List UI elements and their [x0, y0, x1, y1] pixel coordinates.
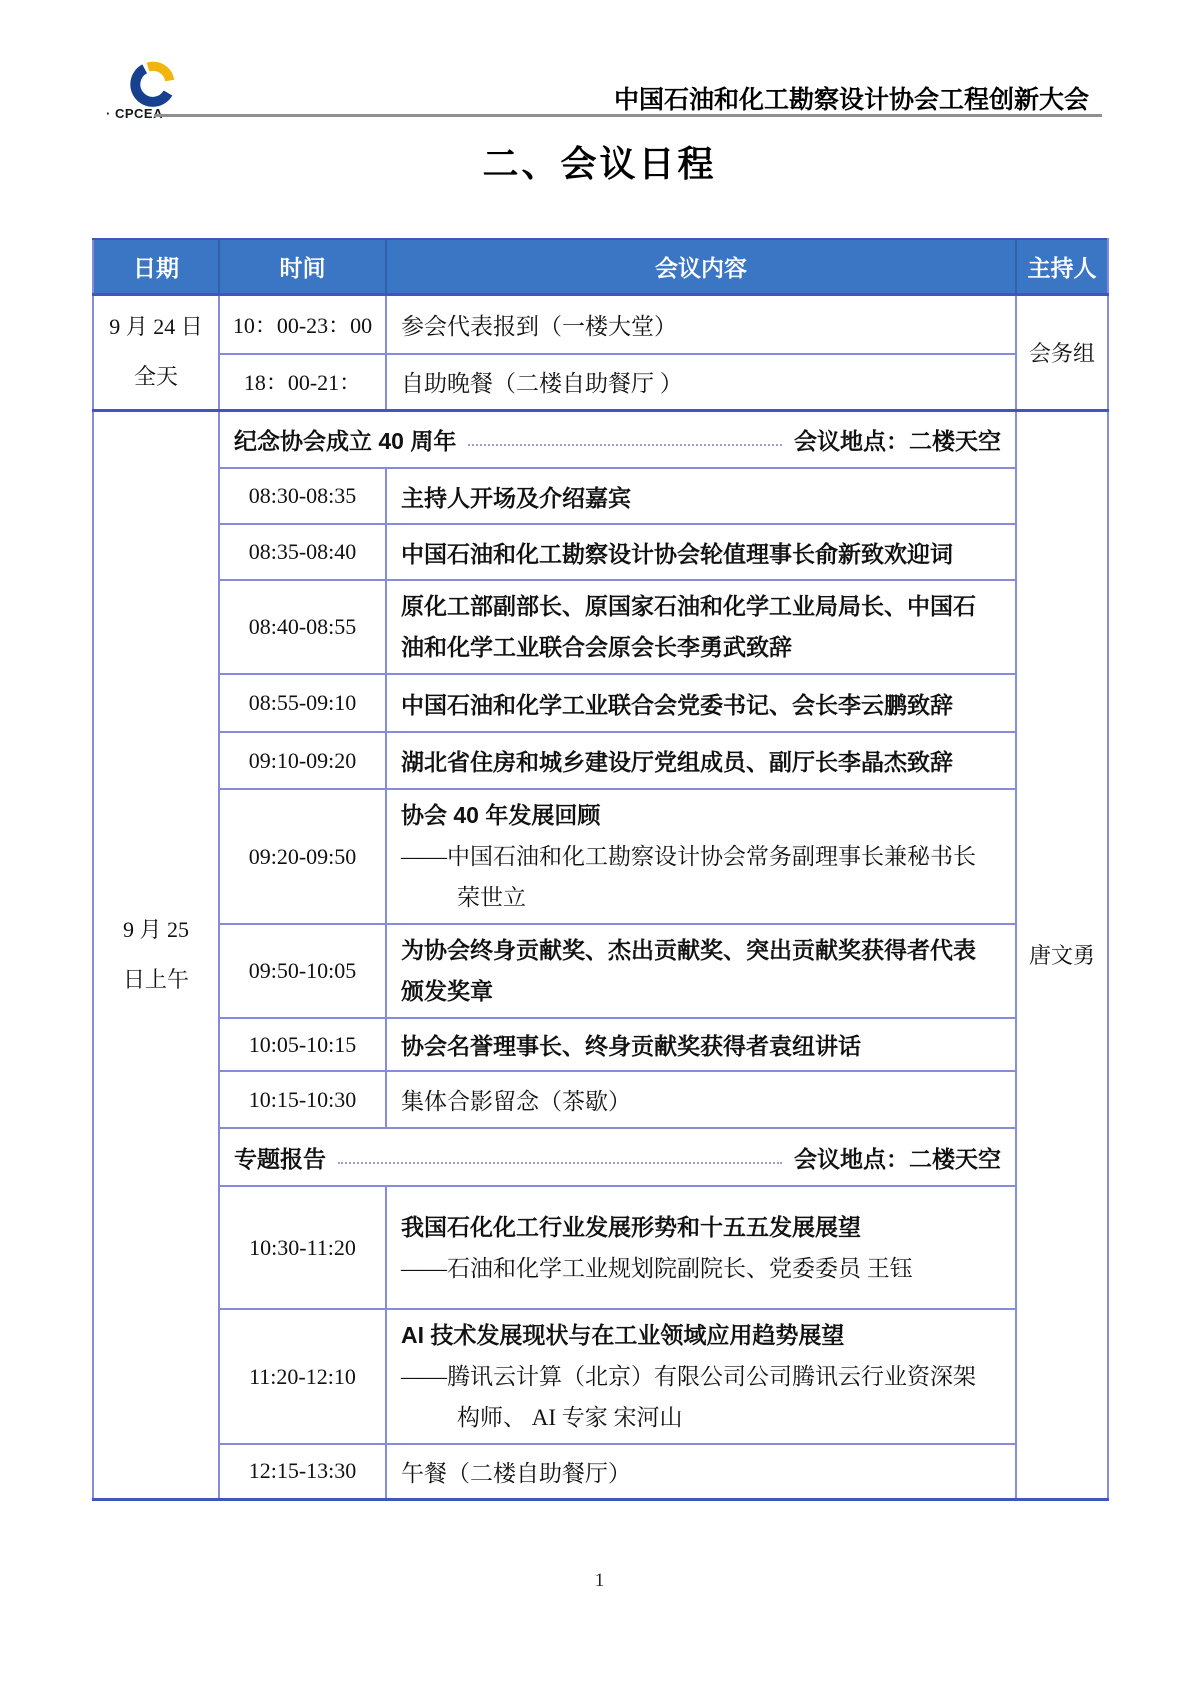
time-cell: 09:10-09:20: [219, 732, 386, 789]
agenda-item: 自助晚餐（二楼自助餐厅 ）: [401, 365, 1005, 398]
host-cell-day1: 会务组: [1016, 294, 1108, 410]
agenda-item-line: 原化工部副部长、原国家石油和化学工业局局长、中国石: [401, 586, 1005, 627]
agenda-item-line: 我国石化化工行业发展形势和十五五发展展望: [401, 1207, 1005, 1248]
agenda-item: 湖北省住房和城乡建设厅党组成员、副厅长李晶杰致辞: [401, 744, 1005, 777]
content-cell: 中国石油和化学工业联合会党委书记、会长李云鹏致辞: [386, 674, 1016, 732]
time-cell: 18：00-21：: [219, 354, 386, 410]
content-cell: 参会代表报到（一楼大堂）: [386, 294, 1016, 354]
agenda-item-line: 油和化学工业联合会原会长李勇武致辞: [401, 627, 1005, 668]
agenda-table-wrap: 日期 时间 会议内容 主持人 9 月 24 日 全天 10：00-23：00 参…: [92, 238, 1107, 1501]
agenda-item: 参会代表报到（一楼大堂）: [401, 308, 1005, 341]
agenda-item: 集体合影留念（茶歇）: [401, 1083, 1005, 1116]
table-row: 08:30-08:35 主持人开场及介绍嘉宾: [93, 468, 1108, 524]
content-cell: 自助晚餐（二楼自助餐厅 ）: [386, 354, 1016, 410]
content-cell: 为协会终身贡献奖、杰出贡献奖、突出贡献奖获得者代表 颁发奖章: [386, 924, 1016, 1018]
agenda-item-line: ——石油和化学工业规划院副院长、党委委员 王钰: [401, 1248, 1005, 1289]
dotted-leader: [468, 444, 782, 446]
agenda-item-line: AI 技术发展现状与在工业领域应用趋势展望: [401, 1315, 1005, 1356]
table-header-row: 日期 时间 会议内容 主持人: [93, 239, 1108, 294]
content-cell: 协会 40 年发展回顾 ——中国石油和化工勘察设计协会常务副理事长兼秘书长 荣世…: [386, 789, 1016, 924]
org-title: 中国石油和化工勘察设计协会工程创新大会: [614, 80, 1089, 116]
col-header-host: 主持人: [1016, 239, 1108, 294]
content-cell: 协会名誉理事长、终身贡献奖获得者袁纽讲话: [386, 1018, 1016, 1071]
time-cell: 11:20-12:10: [219, 1309, 386, 1444]
section-location: 会议地点：二楼天空: [794, 423, 1001, 456]
cpcea-logo-icon: [128, 58, 178, 108]
content-cell: 原化工部副部长、原国家石油和化学工业局局长、中国石 油和化学工业联合会原会长李勇…: [386, 580, 1016, 674]
content-cell: AI 技术发展现状与在工业领域应用趋势展望 ——腾讯云计算（北京）有限公司公司腾…: [386, 1309, 1016, 1444]
time-cell: 08:55-09:10: [219, 674, 386, 732]
agenda-item-line: 构师、 AI 专家 宋河山: [401, 1397, 1005, 1438]
time-cell: 10:30-11:20: [219, 1186, 386, 1309]
agenda-item-line: 颁发奖章: [401, 971, 1005, 1012]
agenda-item-line: 荣世立: [401, 877, 1005, 918]
date-cell-day2: 9 月 25 日上午: [93, 410, 219, 1499]
agenda-item-line: 协会 40 年发展回顾: [401, 795, 1005, 836]
logo-bullet: ·: [106, 106, 111, 121]
table-row: 18：00-21： 自助晚餐（二楼自助餐厅 ）: [93, 354, 1108, 410]
date-line: 全天: [94, 352, 218, 402]
time-cell: 09:50-10:05: [219, 924, 386, 1018]
agenda-item: 中国石油和化学工业联合会党委书记、会长李云鹏致辞: [401, 687, 1005, 720]
table-row: 09:50-10:05 为协会终身贡献奖、杰出贡献奖、突出贡献奖获得者代表 颁发…: [93, 924, 1108, 1018]
table-row: 9 月 24 日 全天 10：00-23：00 参会代表报到（一楼大堂） 会务组: [93, 294, 1108, 354]
time-cell: 10：00-23：00: [219, 294, 386, 354]
date-line: 9 月 25: [94, 905, 218, 955]
table-row: 08:35-08:40 中国石油和化工勘察设计协会轮值理事长俞新致欢迎词: [93, 524, 1108, 580]
content-cell: 集体合影留念（茶歇）: [386, 1071, 1016, 1128]
col-header-content: 会议内容: [386, 239, 1016, 294]
section-title: 专题报告: [234, 1141, 326, 1174]
content-cell: 中国石油和化工勘察设计协会轮值理事长俞新致欢迎词: [386, 524, 1016, 580]
time-cell: 08:35-08:40: [219, 524, 386, 580]
col-header-time: 时间: [219, 239, 386, 294]
agenda-table: 日期 时间 会议内容 主持人 9 月 24 日 全天 10：00-23：00 参…: [92, 238, 1109, 1501]
agenda-item-line: 为协会终身贡献奖、杰出贡献奖、突出贡献奖获得者代表: [401, 930, 1005, 971]
host-cell-day2: 唐文勇: [1016, 410, 1108, 1499]
table-row: 10:05-10:15 协会名誉理事长、终身贡献奖获得者袁纽讲话: [93, 1018, 1108, 1071]
time-cell: 10:15-10:30: [219, 1071, 386, 1128]
table-row: 12:15-13:30 午餐（二楼自助餐厅）: [93, 1444, 1108, 1499]
time-cell: 09:20-09:50: [219, 789, 386, 924]
section-cell: 纪念协会成立 40 周年 会议地点：二楼天空: [219, 410, 1016, 468]
agenda-item: 午餐（二楼自助餐厅）: [401, 1455, 1005, 1488]
table-row: 09:20-09:50 协会 40 年发展回顾 ——中国石油和化工勘察设计协会常…: [93, 789, 1108, 924]
date-line: 9 月 24 日: [94, 302, 218, 352]
content-cell: 午餐（二楼自助餐厅）: [386, 1444, 1016, 1499]
agenda-item: 中国石油和化工勘察设计协会轮值理事长俞新致欢迎词: [401, 536, 1005, 569]
agenda-item-line: ——腾讯云计算（北京）有限公司公司腾讯云行业资深架: [401, 1356, 1005, 1397]
content-cell: 我国石化化工行业发展形势和十五五发展展望 ——石油和化学工业规划院副院长、党委委…: [386, 1186, 1016, 1309]
page-number: 1: [0, 1570, 1199, 1592]
table-row: 10:30-11:20 我国石化化工行业发展形势和十五五发展展望 ——石油和化学…: [93, 1186, 1108, 1309]
table-row: 08:40-08:55 原化工部副部长、原国家石油和化学工业局局长、中国石 油和…: [93, 580, 1108, 674]
time-cell: 08:40-08:55: [219, 580, 386, 674]
section-row: 专题报告 会议地点：二楼天空: [93, 1128, 1108, 1186]
content-cell: 湖北省住房和城乡建设厅党组成员、副厅长李晶杰致辞: [386, 732, 1016, 789]
time-cell: 08:30-08:35: [219, 468, 386, 524]
date-cell-day1: 9 月 24 日 全天: [93, 294, 219, 410]
section-row: 9 月 25 日上午 纪念协会成立 40 周年 会议地点：二楼天空 唐文勇: [93, 410, 1108, 468]
section-title: 纪念协会成立 40 周年: [234, 423, 456, 456]
agenda-item: 主持人开场及介绍嘉宾: [401, 480, 1005, 513]
table-row: 10:15-10:30 集体合影留念（茶歇）: [93, 1071, 1108, 1128]
table-row: 08:55-09:10 中国石油和化学工业联合会党委书记、会长李云鹏致辞: [93, 674, 1108, 732]
time-cell: 12:15-13:30: [219, 1444, 386, 1499]
dotted-leader: [338, 1162, 782, 1164]
table-row: 11:20-12:10 AI 技术发展现状与在工业领域应用趋势展望 ——腾讯云计…: [93, 1309, 1108, 1444]
section-cell: 专题报告 会议地点：二楼天空: [219, 1128, 1016, 1186]
page-title: 二、会议日程: [0, 136, 1199, 187]
col-header-date: 日期: [93, 239, 219, 294]
agenda-item-line: ——中国石油和化工勘察设计协会常务副理事长兼秘书长: [401, 836, 1005, 877]
table-row: 09:10-09:20 湖北省住房和城乡建设厅党组成员、副厅长李晶杰致辞: [93, 732, 1108, 789]
agenda-item: 协会名誉理事长、终身贡献奖获得者袁纽讲话: [401, 1028, 1005, 1061]
time-cell: 10:05-10:15: [219, 1018, 386, 1071]
content-cell: 主持人开场及介绍嘉宾: [386, 468, 1016, 524]
date-line: 日上午: [94, 955, 218, 1005]
section-location: 会议地点：二楼天空: [794, 1141, 1001, 1174]
